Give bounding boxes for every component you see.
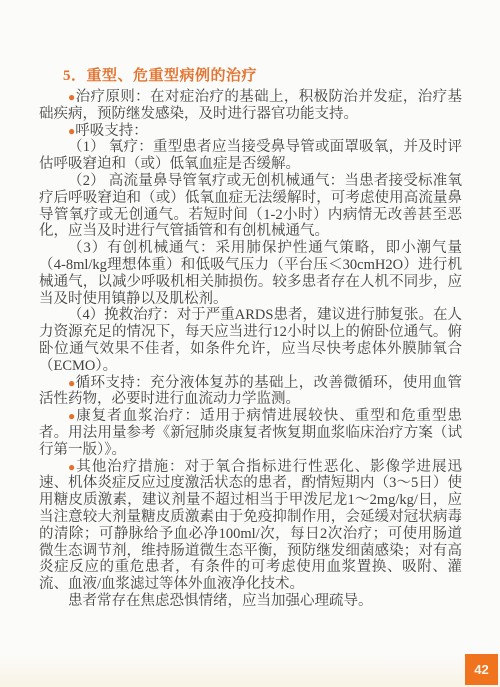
paragraph-text: 呼吸支持： (75, 123, 148, 139)
bullet-icon: ● (68, 460, 76, 474)
scan-artifact-shading (0, 655, 500, 687)
bullet-icon: ● (68, 409, 76, 423)
paragraph: ●呼吸支持： (39, 123, 462, 140)
paragraph-text: 其他治疗措施：对于氧合指标进行性恶化、影像学进展迅速、机体炎症反应过度激活状态的… (39, 459, 462, 593)
paragraph: ●治疗原则：在对症治疗的基础上，积极防治并发症，治疗基础疾病，预防继发感染，及时… (39, 89, 462, 123)
document-page: 5．重型、危重型病例的治疗 ●治疗原则：在对症治疗的基础上，积极防治并发症，治疗… (0, 0, 500, 687)
paragraph: ●康复者血浆治疗：适用于病情进展较快、重型和危重型患者。用法用量参考《新冠肺炎康… (39, 408, 462, 458)
paragraph: （1） 氧疗：重型患者应当接受鼻导管或面罩吸氧，并及时评估呼吸窘迫和（或）低氧血… (39, 139, 462, 173)
paragraph-text: （2） 高流量鼻导管氧疗或无创机械通气：当患者接受标准氧疗后呼吸窘迫和（或）低氧… (39, 173, 462, 239)
page-number-badge: 42 (465, 654, 498, 685)
paragraph-text: 循环支持：充分液体复苏的基础上，改善微循环，使用血管活性药物，必要时进行血流动力… (39, 375, 462, 408)
paragraph: ●循环支持：充分液体复苏的基础上，改善微循环，使用血管活性药物，必要时进行血流动… (39, 375, 462, 409)
section-heading: 5．重型、危重型病例的治疗 (63, 66, 462, 86)
paragraph-text: 康复者血浆治疗：适用于病情进展较快、重型和危重型患者。用法用量参考《新冠肺炎康复… (39, 408, 462, 458)
paragraph-text: 患者常存在焦虑恐惧情绪，应当加强心理疏导。 (68, 593, 373, 609)
document-body: 5．重型、危重型病例的治疗 ●治疗原则：在对症治疗的基础上，积极防治并发症，治疗… (39, 66, 462, 610)
paragraph: （3）有创机械通气：采用肺保护性通气策略，即小潮气量（4-8ml/kg理想体重）… (39, 240, 462, 307)
paragraph: 患者常存在焦虑恐惧情绪，应当加强心理疏导。 (39, 593, 462, 610)
paragraph-text: （1） 氧疗：重型患者应当接受鼻导管或面罩吸氧，并及时评估呼吸窘迫和（或）低氧血… (39, 139, 462, 172)
page-number: 42 (474, 662, 488, 677)
bullet-icon: ● (68, 90, 76, 104)
bullet-icon: ● (68, 376, 76, 390)
paragraph-text: （4）挽救治疗：对于严重ARDS患者，建议进行肺复张。在人力资源充足的情况下，每… (39, 307, 462, 373)
paragraph-text: （3）有创机械通气：采用肺保护性通气策略，即小潮气量（4-8ml/kg理想体重）… (39, 240, 462, 306)
paragraph: （4）挽救治疗：对于严重ARDS患者，建议进行肺复张。在人力资源充足的情况下，每… (39, 307, 462, 374)
paragraph: （2） 高流量鼻导管氧疗或无创机械通气：当患者接受标准氧疗后呼吸窘迫和（或）低氧… (39, 173, 462, 240)
paragraph-text: 治疗原则：在对症治疗的基础上，积极防治并发症，治疗基础疾病，预防继发感染，及时进… (39, 89, 462, 122)
paragraph: ●其他治疗措施：对于氧合指标进行性恶化、影像学进展迅速、机体炎症反应过度激活状态… (39, 459, 462, 593)
